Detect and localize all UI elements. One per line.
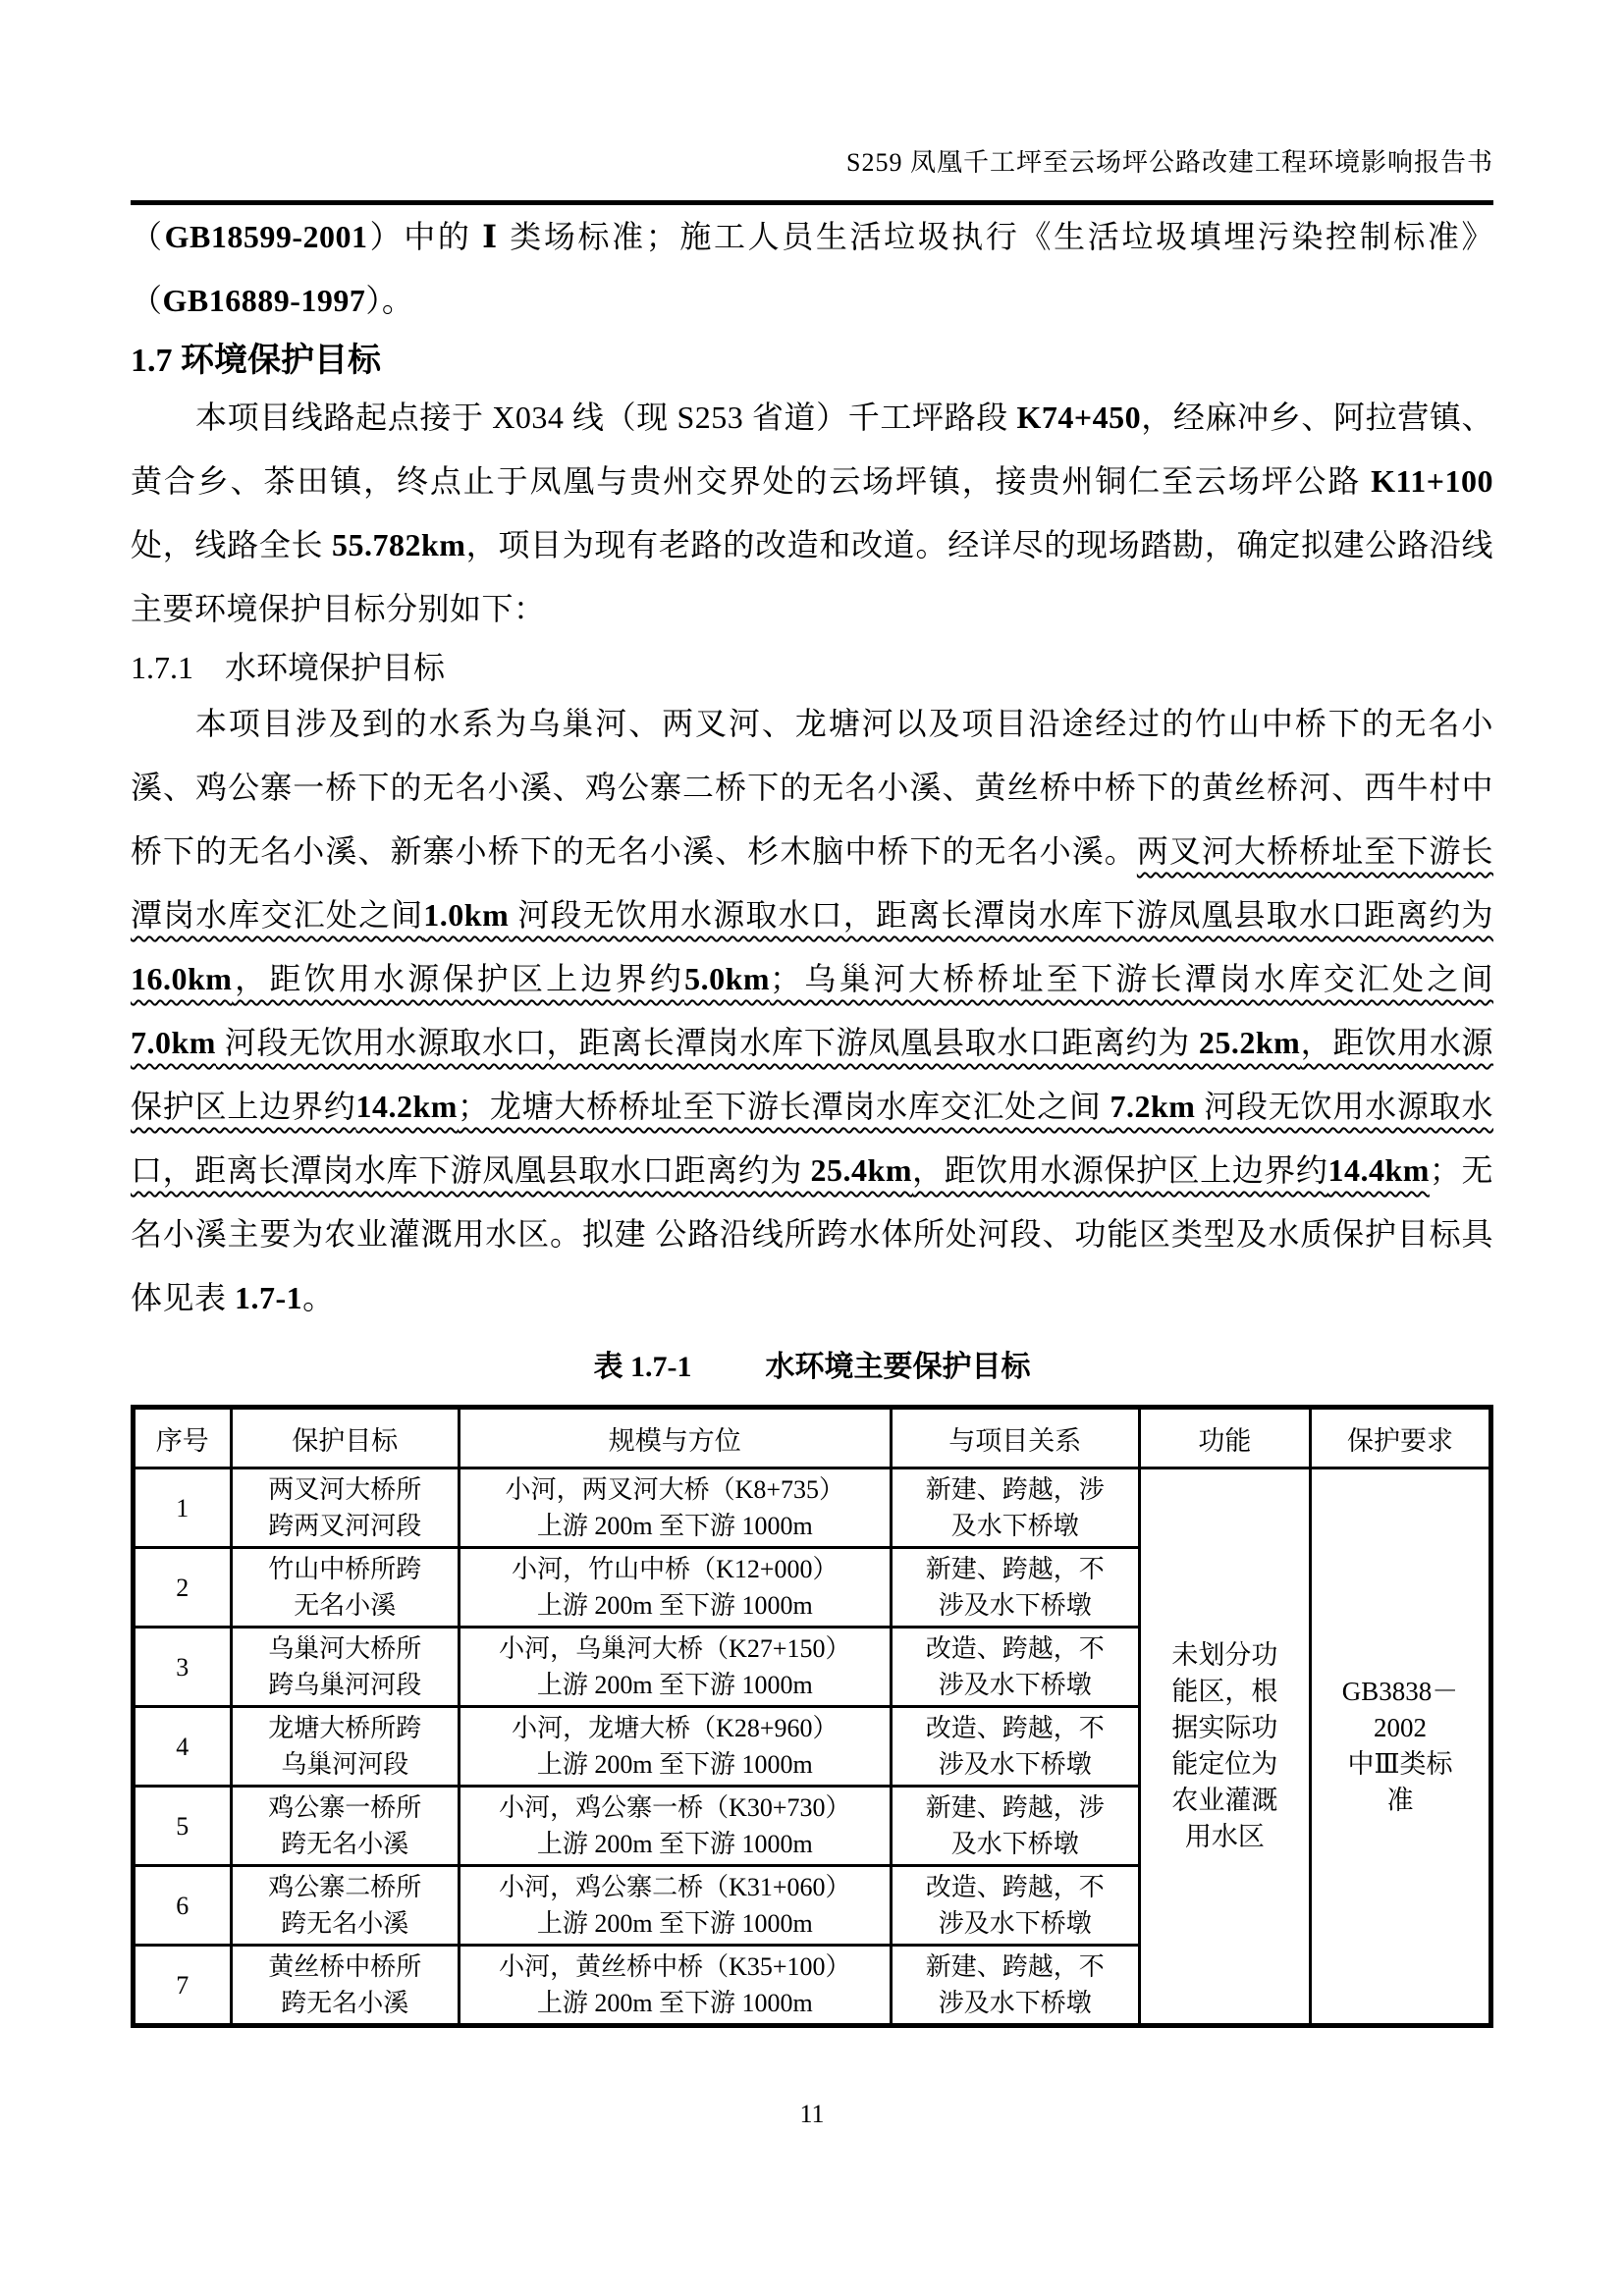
cell-scope: 小河，鸡公寨二桥（K31+060） 上游 200m 至下游 1000m xyxy=(459,1866,891,1946)
cell-relation: 新建、跨越，不 涉及水下桥墩 xyxy=(891,1548,1139,1628)
cell-relation: 改造、跨越，不 涉及水下桥墩 xyxy=(891,1866,1139,1946)
cell-requirement-merged: GB3838－ 2002 中Ⅲ类标 准 xyxy=(1311,1468,1491,2026)
cell-no: 1 xyxy=(134,1468,232,1548)
text-run: 25.4km xyxy=(811,1152,912,1188)
text-run: ）。 xyxy=(365,283,413,318)
cell-scope: 小河，两叉河大桥（K8+735） 上游 200m 至下游 1000m xyxy=(459,1468,891,1548)
cell-function-merged: 未划分功 能区，根 据实际功 能定位为 农业灌溉 用水区 xyxy=(1139,1468,1310,2026)
cell-no: 4 xyxy=(134,1707,232,1787)
text-run: ，距饮用水源保护区上边界约 xyxy=(912,1152,1327,1188)
cell-scope: 小河，竹山中桥（K12+000） 上游 200m 至下游 1000m xyxy=(459,1548,891,1628)
cell-relation: 改造、跨越，不 涉及水下桥墩 xyxy=(891,1707,1139,1787)
col-header-target: 保护目标 xyxy=(231,1408,459,1468)
text-run: 。 xyxy=(302,1280,335,1315)
text-run: 5.0km xyxy=(684,961,770,996)
cell-no: 3 xyxy=(134,1628,232,1707)
cell-relation: 新建、跨越，不 涉及水下桥墩 xyxy=(891,1946,1139,2026)
text-run: K74+450 xyxy=(1017,400,1142,435)
cell-no: 5 xyxy=(134,1787,232,1866)
col-header-relation: 与项目关系 xyxy=(891,1408,1139,1468)
text-run: 本项目线路起点接于 X034 线（现 S253 省道）千工坪路段 xyxy=(195,400,1017,435)
text-run: Ⅰ xyxy=(482,219,500,254)
cell-target: 鸡公寨一桥所 跨无名小溪 xyxy=(231,1787,459,1866)
cell-scope: 小河，乌巢河大桥（K27+150） 上游 200m 至下游 1000m xyxy=(459,1628,891,1707)
cell-no: 6 xyxy=(134,1866,232,1946)
text-run: ）中的 xyxy=(368,219,483,254)
page-header: S259 凤凰千工坪至云场坪公路改建工程环境影响报告书 xyxy=(131,147,1493,205)
table-caption-label: 表 1.7-1 xyxy=(594,1351,692,1383)
cell-scope: 小河，龙塘大桥（K28+960） 上游 200m 至下游 1000m xyxy=(459,1707,891,1787)
text-run: （ xyxy=(131,219,165,254)
cell-scope: 小河，黄丝桥中桥（K35+100） 上游 200m 至下游 1000m xyxy=(459,1946,891,2026)
table-caption: 表 1.7-1水环境主要保护目标 xyxy=(131,1346,1493,1389)
text-run: 55.782km xyxy=(332,527,465,562)
text-run: ；乌巢河大桥桥址至下游长潭岗水库交汇处之间 xyxy=(770,961,1493,996)
cell-no: 7 xyxy=(134,1946,232,2026)
cell-relation: 改造、跨越，不 涉及水下桥墩 xyxy=(891,1628,1139,1707)
text-run: 7.0km xyxy=(131,1025,216,1060)
text-run: GB16889-1997 xyxy=(163,283,366,318)
section-heading-1-7-1: 1.7.1 水环境保护目标 xyxy=(131,643,1493,692)
col-header-function: 功能 xyxy=(1139,1408,1310,1468)
cell-target: 乌巢河大桥所 跨乌巢河河段 xyxy=(231,1628,459,1707)
col-header-no: 序号 xyxy=(134,1408,232,1468)
table-caption-title: 水环境主要保护目标 xyxy=(766,1351,1031,1383)
col-header-requirement: 保护要求 xyxy=(1311,1408,1491,1468)
cell-relation: 新建、跨越，涉 及水下桥墩 xyxy=(891,1468,1139,1548)
paragraph-water-protection: 本项目涉及到的水系为乌巢河、两叉河、龙塘河以及项目沿途经过的竹山中桥下的无名小溪… xyxy=(131,692,1493,1330)
text-run: 14.4km xyxy=(1327,1152,1429,1188)
running-header-title: S259 凤凰千工坪至云场坪公路改建工程环境影响报告书 xyxy=(131,147,1493,179)
document-page: S259 凤凰千工坪至云场坪公路改建工程环境影响报告书 （GB18599-200… xyxy=(0,0,1624,2296)
text-run: 25.2km xyxy=(1199,1025,1300,1060)
text-run: 14.2km xyxy=(356,1089,458,1124)
water-protection-targets-table: 序号 保护目标 规模与方位 与项目关系 功能 保护要求 1 两叉河大桥所 跨两叉… xyxy=(131,1405,1493,2028)
paragraph-route-overview: 本项目线路起点接于 X034 线（现 S253 省道）千工坪路段 K74+450… xyxy=(131,386,1493,641)
text-run: 处，线路全长 xyxy=(131,527,332,562)
text-run: 1.0km xyxy=(423,897,509,933)
cell-target: 两叉河大桥所 跨两叉河河段 xyxy=(231,1468,459,1548)
text-run: 1.7-1 xyxy=(235,1280,302,1315)
cell-target: 龙塘大桥所跨 乌巢河河段 xyxy=(231,1707,459,1787)
cell-scope: 小河，鸡公寨一桥（K30+730） 上游 200m 至下游 1000m xyxy=(459,1787,891,1866)
section-heading-1-7: 1.7 环境保护目标 xyxy=(131,337,1493,386)
text-run: 16.0km xyxy=(131,961,232,996)
paragraph-waste-standards: （GB18599-2001）中的 Ⅰ 类场标准；施工人员生活垃圾执行《生活垃圾填… xyxy=(131,205,1493,333)
text-run: 河段无饮用水源取水口，距离长潭岗水库下游凤凰县取水口距离约为 xyxy=(509,897,1493,933)
cell-target: 黄丝桥中桥所 跨无名小溪 xyxy=(231,1946,459,2026)
text-run: ；龙塘大桥桥址至下游长潭岗水库交汇处之间 xyxy=(458,1089,1110,1124)
col-header-scope: 规模与方位 xyxy=(459,1408,891,1468)
text-run: 河段无饮用水源取水口，距离长潭岗水库下游凤凰县取水口距离约为 xyxy=(216,1025,1199,1060)
cell-no: 2 xyxy=(134,1548,232,1628)
table-row: 1 两叉河大桥所 跨两叉河河段 小河，两叉河大桥（K8+735） 上游 200m… xyxy=(134,1468,1491,1548)
text-run: 7.2km xyxy=(1110,1089,1195,1124)
cell-target: 竹山中桥所跨 无名小溪 xyxy=(231,1548,459,1628)
table-header-row: 序号 保护目标 规模与方位 与项目关系 功能 保护要求 xyxy=(134,1408,1491,1468)
page-number: 11 xyxy=(131,2099,1493,2130)
cell-target: 鸡公寨二桥所 跨无名小溪 xyxy=(231,1866,459,1946)
text-run: K11+100 xyxy=(1371,463,1493,499)
cell-relation: 新建、跨越，涉 及水下桥墩 xyxy=(891,1787,1139,1866)
text-run: ，距饮用水源保护区上边界约 xyxy=(232,961,684,996)
text-run: GB18599-2001 xyxy=(165,219,368,254)
